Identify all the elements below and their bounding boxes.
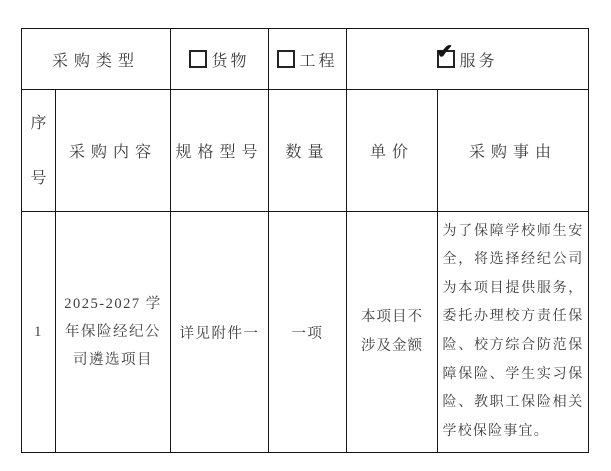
cell-header-spec: 规格型号 [171, 90, 269, 212]
header-seq-label: 序 号 [30, 115, 46, 187]
row-spec-value: 详见附件一 [180, 326, 260, 342]
cell-header-reason: 采购事由 [438, 90, 589, 212]
row-price-value: 本项目不涉及金额 [360, 303, 424, 361]
cell-option-services: ✔服务 [347, 29, 589, 90]
checkbox-services[interactable]: ✔服务 [437, 53, 497, 70]
cell-header-qty: 数量 [269, 90, 347, 212]
cell-option-works: 工程 [269, 29, 347, 90]
cell-row-seq: 1 [22, 212, 56, 453]
row-reason-value: 为了保障学校师生安全，将选择经纪公司为本项目提供服务，委托办理校方责任保险、校方… [443, 218, 584, 447]
cell-header-content: 采购内容 [56, 90, 171, 212]
header-price-label: 单价 [370, 144, 414, 161]
checkbox-works-label: 工程 [299, 53, 337, 70]
checkbox-goods-label: 货物 [211, 53, 249, 70]
header-qty-label: 数量 [285, 144, 329, 161]
checkbox-goods-box [189, 50, 207, 68]
cell-row-reason: 为了保障学校师生安全，将选择经纪公司为本项目提供服务，委托办理校方责任保险、校方… [438, 212, 589, 453]
cell-procurement-type: 采购类型 [22, 29, 171, 90]
procurement-type-row: 采购类型 货物 工程 ✔服务 [22, 29, 589, 90]
checkbox-goods[interactable]: 货物 [189, 53, 249, 70]
cell-header-price: 单价 [347, 90, 438, 212]
check-icon: ✔ [436, 42, 453, 62]
header-content-label: 采购内容 [69, 144, 157, 161]
cell-row-spec: 详见附件一 [171, 212, 269, 453]
document-page: { "colors": { "text": "#3d3d3d", "border… [0, 0, 611, 471]
row-seq-value: 1 [34, 324, 43, 340]
table-header-row: 序 号 采购内容 规格型号 数量 单价 采购事由 [22, 90, 589, 212]
checkbox-works-box [277, 50, 295, 68]
procurement-type-label: 采购类型 [52, 53, 140, 70]
cell-row-content: 2025-2027 学年保险经纪公司遴选项目 [56, 212, 171, 453]
table-row: 1 2025-2027 学年保险经纪公司遴选项目 详见附件一 一项 本项目不涉及… [22, 212, 589, 453]
procurement-table: 采购类型 货物 工程 ✔服务 序 号 采购内容 规格型号 数量 [21, 28, 589, 453]
row-qty-value: 一项 [292, 326, 324, 342]
cell-header-seq: 序 号 [22, 90, 56, 212]
checkbox-services-label: 服务 [459, 53, 497, 70]
cell-row-qty: 一项 [269, 212, 347, 453]
row-content-value: 2025-2027 学年保险经纪公司遴选项目 [62, 290, 164, 374]
header-spec-label: 规格型号 [175, 144, 263, 161]
cell-option-goods: 货物 [171, 29, 269, 90]
header-reason-label: 采购事由 [469, 144, 557, 161]
cell-row-price: 本项目不涉及金额 [347, 212, 438, 453]
checkbox-works[interactable]: 工程 [277, 53, 337, 70]
checkbox-services-box: ✔ [437, 50, 455, 68]
